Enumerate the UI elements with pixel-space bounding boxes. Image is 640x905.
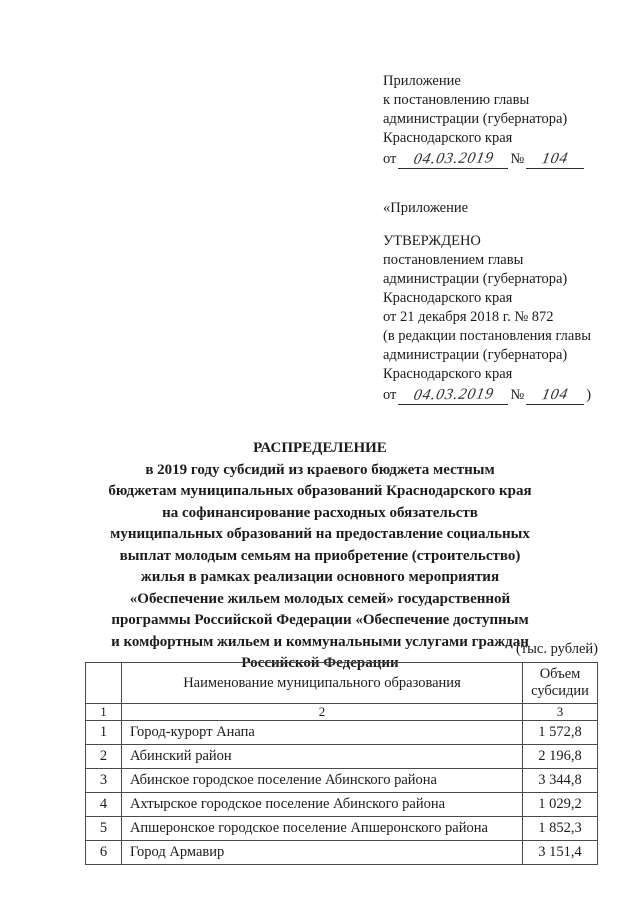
title-line: программы Российской Федерации «Обеспече… <box>50 610 590 632</box>
stamp-line: администрации (губернатора) <box>383 270 618 289</box>
row-number: 1 <box>86 721 122 745</box>
stamp-line: Приложение <box>383 72 618 91</box>
stamp-line: Краснодарского края <box>383 289 618 308</box>
header-empty-cell <box>86 663 122 704</box>
stamp-line: администрации (губернатора) <box>383 110 618 129</box>
number-sign: № <box>510 387 524 403</box>
number-sign: № <box>510 151 524 167</box>
title-line: муниципальных образований на предоставле… <box>50 524 590 546</box>
subsidy-value: 3 344,8 <box>523 769 598 793</box>
handwritten-number: 104 <box>540 385 570 404</box>
title-line: жилья в рамках реализации основного меро… <box>50 567 590 589</box>
municipality-name: Ахтырское городское поселение Абинского … <box>121 793 522 817</box>
row-number: 6 <box>86 841 122 865</box>
header-subsidy-volume: Объем субсидии <box>523 663 598 704</box>
table-row: 2 Абинский район 2 196,8 <box>86 745 598 769</box>
closing-paren: ) <box>586 387 591 403</box>
table-header-row: Наименование муниципального образования … <box>86 663 598 704</box>
subsidy-value: 1 029,2 <box>523 793 598 817</box>
municipality-name: Город Армавир <box>121 841 522 865</box>
title-line: «Обеспечение жильем молодых семей» госуд… <box>50 589 590 611</box>
approved-heading: УТВЕРЖДЕНО <box>383 232 618 251</box>
column-number: 2 <box>121 704 522 721</box>
subsidy-value: 1 572,8 <box>523 721 598 745</box>
table-row: 1 Город-курорт Анапа 1 572,8 <box>86 721 598 745</box>
table-row: 3 Абинское городское поселение Абинского… <box>86 769 598 793</box>
document-title: РАСПРЕДЕЛЕНИЕ в 2019 году субсидий из кр… <box>50 438 590 675</box>
subsidy-value: 1 852,3 <box>523 817 598 841</box>
number-blank-line: 104 <box>526 385 584 405</box>
title-line: в 2019 году субсидий из краевого бюджета… <box>50 460 590 482</box>
subsidy-value: 2 196,8 <box>523 745 598 769</box>
stamp-date-line: от04.03.2019№104 <box>383 149 618 169</box>
municipality-name: Город-курорт Анапа <box>121 721 522 745</box>
stamp-line: постановлением главы <box>383 251 618 270</box>
document-page: Приложение к постановлению главы админис… <box>0 0 640 905</box>
row-number: 3 <box>86 769 122 793</box>
subsidy-value: 3 151,4 <box>523 841 598 865</box>
title-line: на софинансирование расходных обязательс… <box>50 503 590 525</box>
column-number: 1 <box>86 704 122 721</box>
date-blank-line: 04.03.2019 <box>398 149 508 169</box>
row-number: 2 <box>86 745 122 769</box>
from-label: от <box>383 151 396 167</box>
approved-block: «Приложение УТВЕРЖДЕНО постановлением гл… <box>383 199 618 405</box>
from-label: от <box>383 387 396 403</box>
units-note: (тыс. рублей) <box>85 641 598 658</box>
number-blank-line: 104 <box>526 149 584 169</box>
municipality-name: Абинский район <box>121 745 522 769</box>
column-number: 3 <box>523 704 598 721</box>
spacer <box>383 218 618 232</box>
date-blank-line: 04.03.2019 <box>398 385 508 405</box>
table-row: 4 Ахтырское городское поселение Абинског… <box>86 793 598 817</box>
handwritten-date: 04.03.2019 <box>412 384 496 404</box>
column-numbering-row: 1 2 3 <box>86 704 598 721</box>
municipality-name: Абинское городское поселение Абинского р… <box>121 769 522 793</box>
table-row: 5 Апшеронское городское поселение Апшеро… <box>86 817 598 841</box>
stamp-date-line: от04.03.2019№104) <box>383 385 618 405</box>
title-line: РАСПРЕДЕЛЕНИЕ <box>50 438 590 460</box>
stamp-line: от 21 декабря 2018 г. № 872 <box>383 308 618 327</box>
stamp-line: Краснодарского края <box>383 365 618 384</box>
stamp-line: (в редакции постановления главы <box>383 327 618 346</box>
row-number: 4 <box>86 793 122 817</box>
row-number: 5 <box>86 817 122 841</box>
subsidy-table: Наименование муниципального образования … <box>85 662 598 865</box>
stamp-line: администрации (губернатора) <box>383 346 618 365</box>
header-municipality-name: Наименование муниципального образования <box>121 663 522 704</box>
municipality-name: Апшеронское городское поселение Апшеронс… <box>121 817 522 841</box>
stamp-line: к постановлению главы <box>383 91 618 110</box>
title-line: выплат молодым семьям на приобретение (с… <box>50 546 590 568</box>
stamp-opening-line: «Приложение <box>383 199 618 218</box>
handwritten-date: 04.03.2019 <box>412 148 496 168</box>
stamp-line: Краснодарского края <box>383 129 618 148</box>
title-line: бюджетам муниципальных образований Красн… <box>50 481 590 503</box>
handwritten-number: 104 <box>540 149 570 168</box>
table-row: 6 Город Армавир 3 151,4 <box>86 841 598 865</box>
appendix-reference-block: Приложение к постановлению главы админис… <box>383 72 618 169</box>
